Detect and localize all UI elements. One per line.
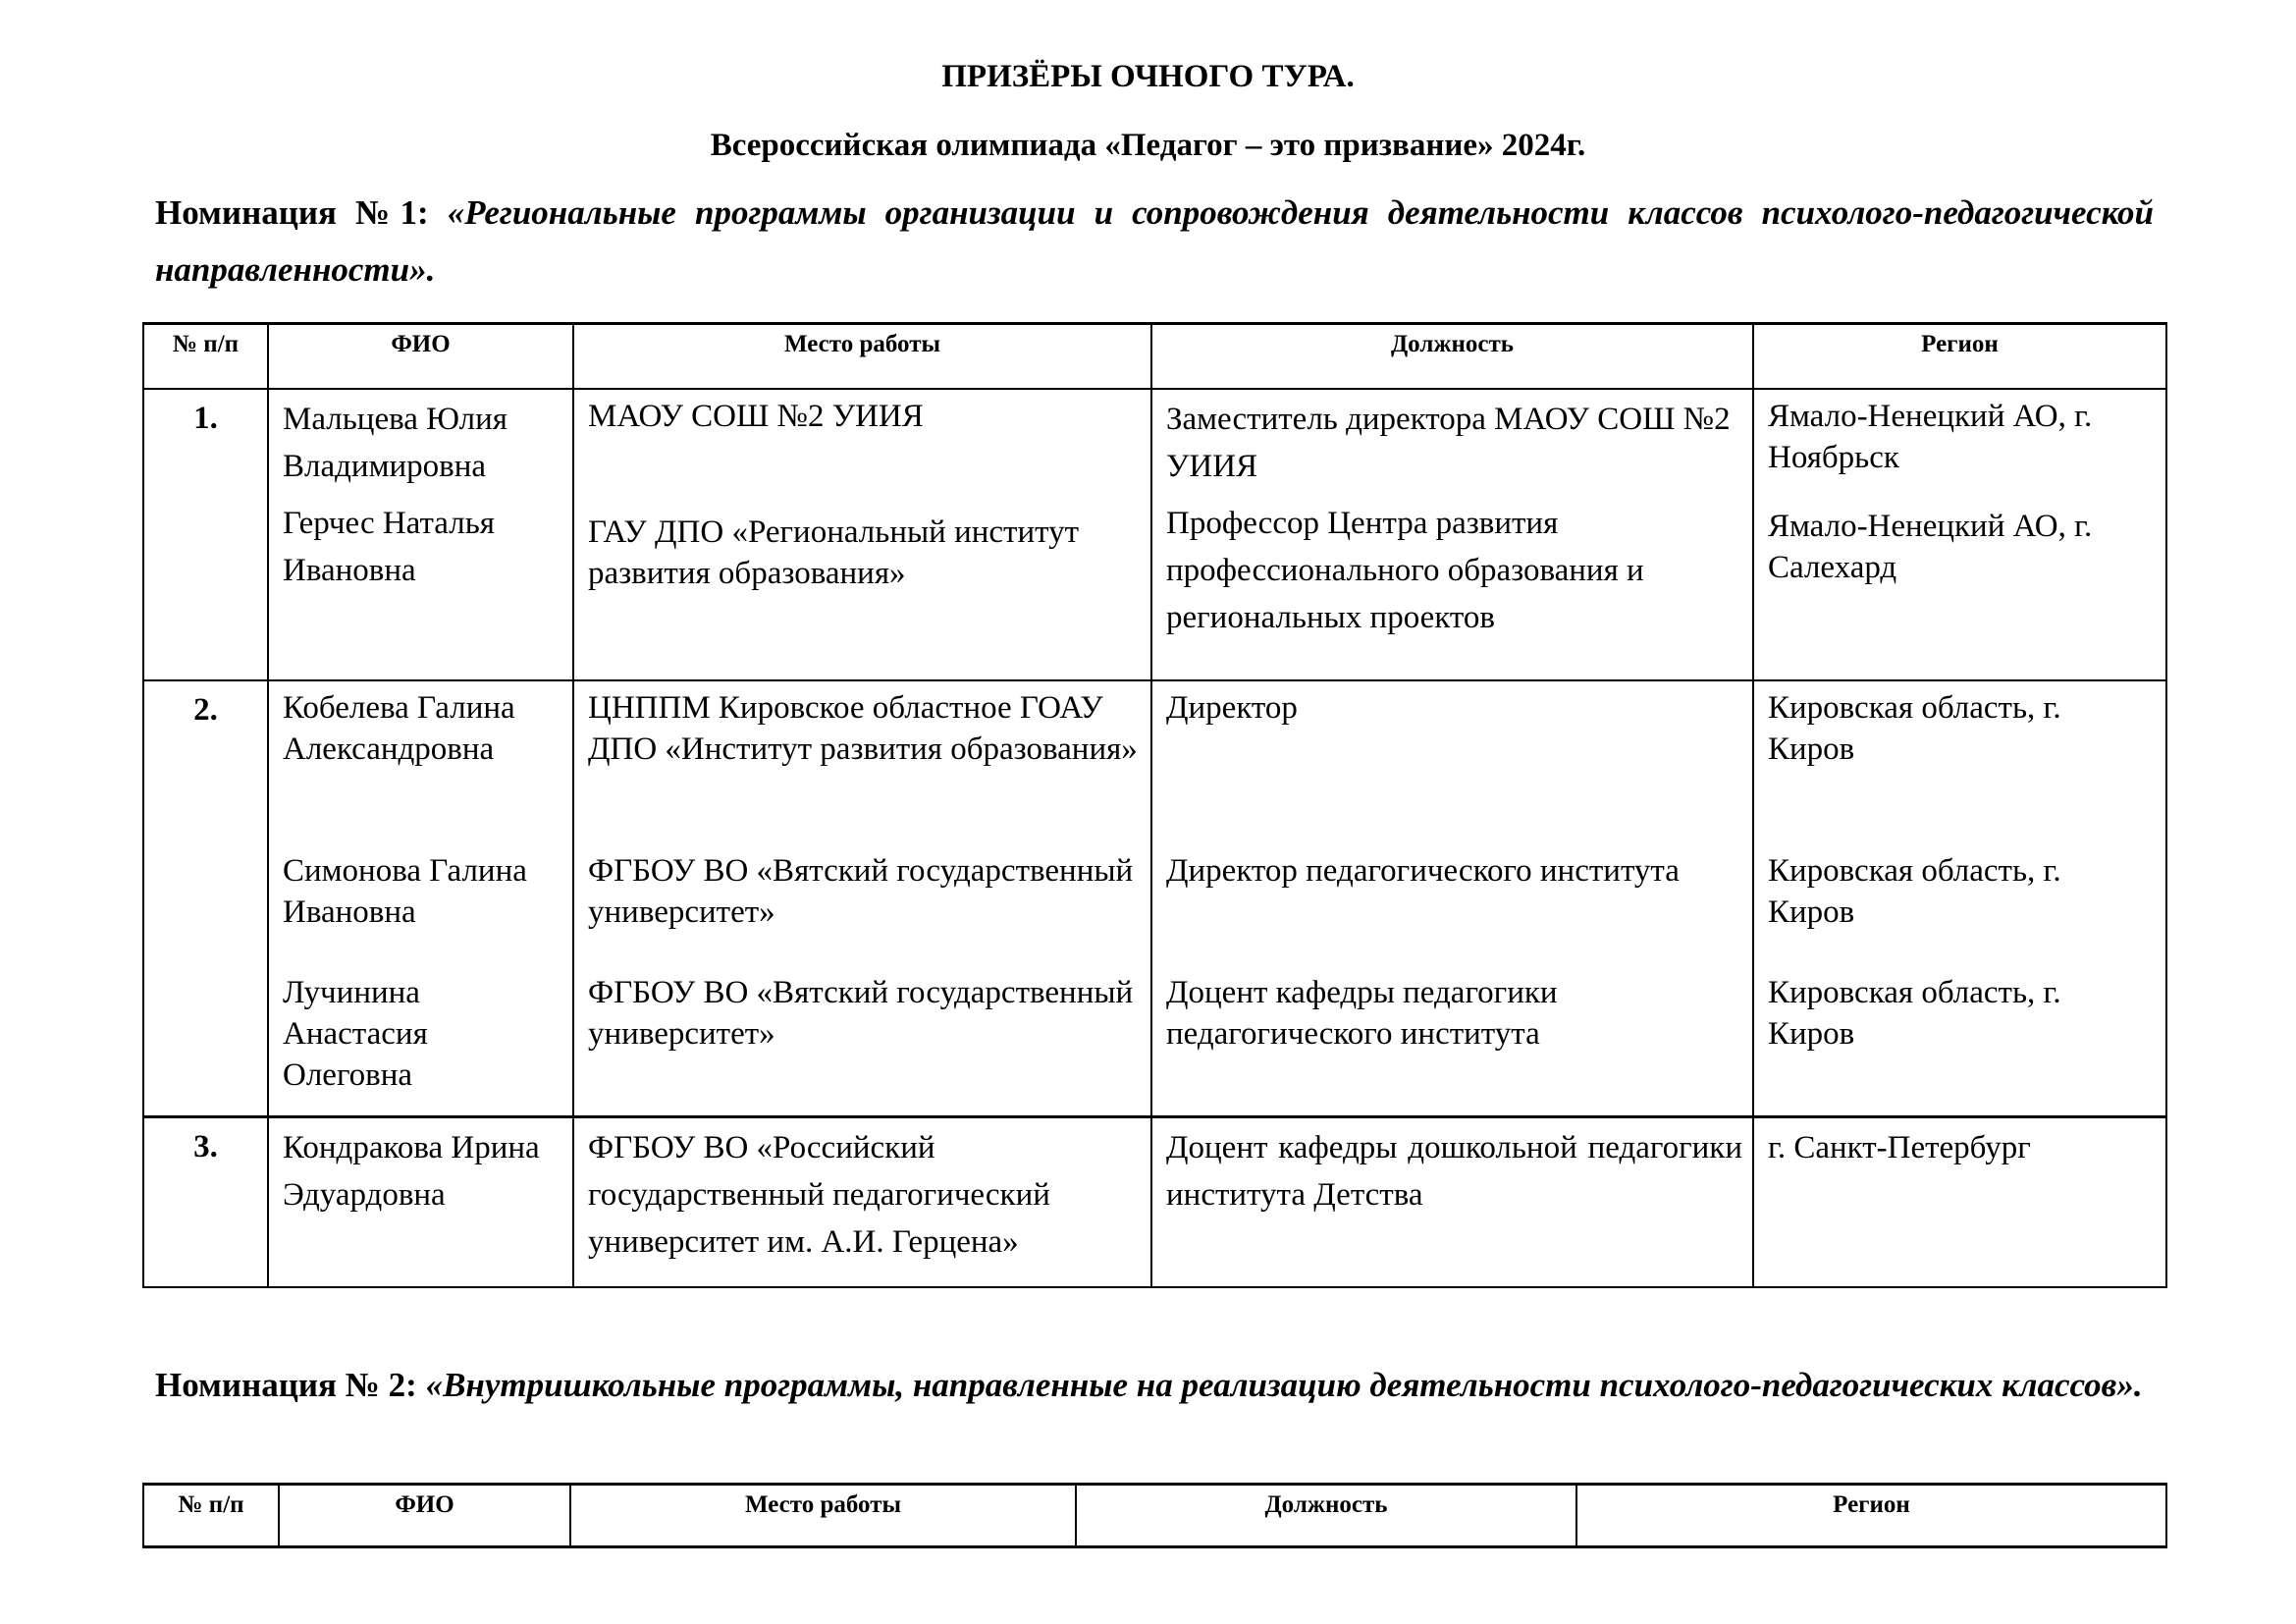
column-header-region: Регион	[1576, 1485, 2166, 1547]
nomination-2-heading: Номинация № 2: «Внутришкольные программы…	[155, 1357, 2154, 1414]
column-header-fio: ФИО	[279, 1485, 570, 1547]
document-subtitle: Всероссийская олимпиада «Педагог – это п…	[0, 128, 2296, 164]
position: Директор педагогического института	[1166, 850, 1742, 972]
workplace: ЦНППМ Кировское областное ГОАУ ДПО «Инст…	[588, 687, 1141, 850]
fio: Мальцева Юлия Владимировна	[283, 396, 562, 500]
place-number: 1.	[143, 389, 268, 680]
column-header-number: № п/п	[143, 324, 268, 389]
column-header-position: Должность	[1076, 1485, 1576, 1547]
fio-cell: Кобелева Галина Александровна Симонова Г…	[268, 680, 573, 1117]
position: Заместитель директора МАОУ СОШ №2 УИИЯ	[1166, 396, 1742, 500]
column-header-fio: ФИО	[268, 324, 573, 389]
region-cell: г. Санкт-Петербург	[1753, 1117, 2166, 1287]
fio: Кобелева Галина Александровна	[283, 687, 562, 850]
table-header-row: № п/п ФИО Место работы Должность Регион	[143, 324, 2166, 389]
fio: Симонова Галина Ивановна	[283, 850, 562, 972]
region-cell: Кировская область, г. Киров Кировская об…	[1753, 680, 2166, 1117]
region: г. Санкт-Петербург	[1768, 1124, 2156, 1171]
workplace: ФГБОУ ВО «Российский государственный пед…	[588, 1124, 1141, 1266]
column-header-region: Регион	[1753, 324, 2166, 389]
nomination-2-label: Номинация № 2:	[155, 1366, 426, 1404]
column-header-number: № п/п	[143, 1485, 279, 1547]
position: Профессор Центра развития профессиональн…	[1166, 500, 1742, 641]
fio-cell: Кондракова Ирина Эдуардовна	[268, 1117, 573, 1287]
workplace-cell: ЦНППМ Кировское областное ГОАУ ДПО «Инст…	[573, 680, 1151, 1117]
workplace: ГАУ ДПО «Региональный институт развития …	[588, 512, 1141, 594]
nomination-1-heading: Номинация №1: «Региональные программы ор…	[155, 185, 2154, 298]
nomination-2-table: № п/п ФИО Место работы Должность Регион	[142, 1483, 2167, 1548]
fio: Кондракова Ирина Эдуардовна	[283, 1124, 562, 1218]
workplace: МАОУ СОШ №2 УИИЯ	[588, 396, 1141, 512]
workplace: ФГБОУ ВО «Вятский государственный универ…	[588, 850, 1141, 972]
table-row: 2. Кобелева Галина Александровна Симонов…	[143, 680, 2166, 1117]
table-header-row: № п/п ФИО Место работы Должность Регион	[143, 1485, 2166, 1547]
workplace-cell: ФГБОУ ВО «Российский государственный пед…	[573, 1117, 1151, 1287]
place-number: 2.	[143, 680, 268, 1117]
region: Ямало-Ненецкий АО, г. Ноябрьск	[1768, 396, 2156, 506]
position: Доцент кафедры педагогики педагогическог…	[1166, 972, 1742, 1055]
region: Кировская область, г. Киров	[1768, 850, 2156, 972]
fio: Лучинина Анастасия Олеговна	[283, 972, 562, 1096]
workplace-cell: МАОУ СОШ №2 УИИЯ ГАУ ДПО «Региональный и…	[573, 389, 1151, 680]
nomination-1-name: «Региональные программы организации и со…	[155, 193, 2154, 289]
nomination-1-table: № п/п ФИО Место работы Должность Регион …	[142, 322, 2167, 1288]
region: Кировская область, г. Киров	[1768, 972, 2156, 1055]
nomination-2-name: «Внутришкольные программы, направленные …	[426, 1366, 2143, 1404]
position: Доцент кафедры дошкольной педагогики инс…	[1166, 1124, 1742, 1218]
position-cell: Доцент кафедры дошкольной педагогики инс…	[1151, 1117, 1753, 1287]
document-title: ПРИЗЁРЫ ОЧНОГО ТУРА.	[0, 59, 2296, 95]
region: Кировская область, г. Киров	[1768, 687, 2156, 850]
workplace: ФГБОУ ВО «Вятский государственный универ…	[588, 972, 1141, 1055]
fio-cell: Мальцева Юлия Владимировна Герчес Наталь…	[268, 389, 573, 680]
fio: Герчес Наталья Ивановна	[283, 500, 562, 594]
place-number: 3.	[143, 1117, 268, 1287]
column-header-workplace: Место работы	[573, 324, 1151, 389]
region-cell: Ямало-Ненецкий АО, г. Ноябрьск Ямало-Нен…	[1753, 389, 2166, 680]
column-header-position: Должность	[1151, 324, 1753, 389]
nomination-1-label: Номинация №1:	[155, 193, 448, 232]
region: Ямало-Ненецкий АО, г. Салехард	[1768, 506, 2156, 588]
position: Директор	[1166, 687, 1742, 850]
table-row: 1. Мальцева Юлия Владимировна Герчес Нат…	[143, 389, 2166, 680]
table-row: 3. Кондракова Ирина Эдуардовна ФГБОУ ВО …	[143, 1117, 2166, 1287]
position-cell: Директор Директор педагогического инстит…	[1151, 680, 1753, 1117]
column-header-workplace: Место работы	[570, 1485, 1076, 1547]
position-cell: Заместитель директора МАОУ СОШ №2 УИИЯ П…	[1151, 389, 1753, 680]
